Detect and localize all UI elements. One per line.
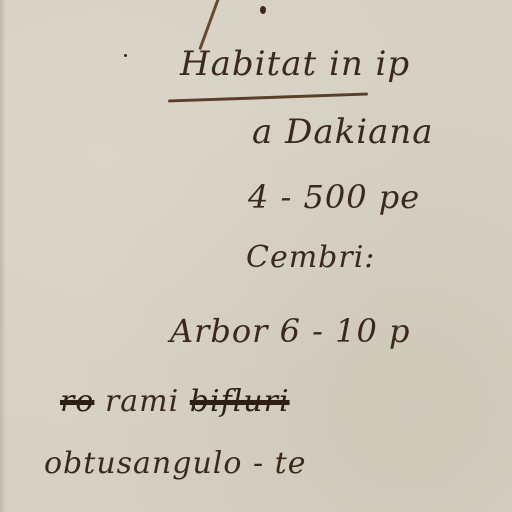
ink-fleck — [260, 6, 266, 14]
struck-text: ro — [60, 384, 94, 419]
manuscript-line-2: a Dakiana — [252, 112, 434, 152]
manuscript-line-6: ro rami bifluri — [60, 384, 290, 419]
struck-text: bifluri — [190, 384, 290, 419]
manuscript-line-1: Habitat in ip — [180, 44, 410, 84]
page-edge — [0, 0, 6, 512]
ink-fleck — [124, 54, 127, 57]
manuscript-line-7: obtusangulo - te — [44, 446, 306, 481]
manuscript-line-4: Cembri: — [246, 240, 375, 275]
manuscript-line-3: 4 - 500 pe — [248, 178, 420, 216]
manuscript-line-5: Arbor 6 - 10 p — [170, 312, 411, 350]
line-text: rami — [105, 384, 179, 419]
